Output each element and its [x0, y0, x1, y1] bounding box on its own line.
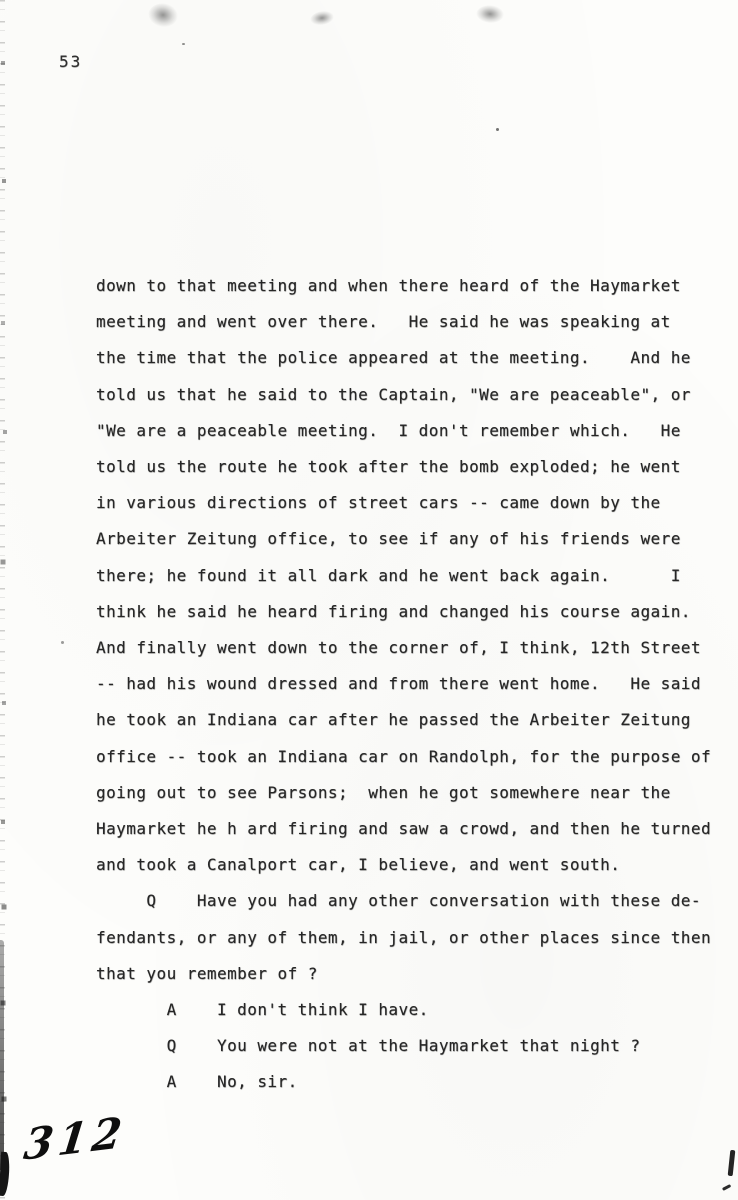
transcript-line: Q You were not at the Haymarket that nig…: [96, 1028, 716, 1064]
transcript-line: Haymarket he h ard firing and saw a crow…: [96, 811, 716, 847]
transcript-line: "We are a peaceable meeting. I don't rem…: [96, 413, 716, 449]
scan-speck: [61, 641, 64, 644]
transcript-line: office -- took an Indiana car on Randolp…: [96, 739, 716, 775]
transcript-line: Q Have you had any other conversation wi…: [96, 883, 716, 919]
transcript-line: the time that the police appeared at the…: [96, 340, 716, 376]
document-page: 53 down to that meeting and when there h…: [0, 0, 738, 1200]
scan-smudge-top-left: [146, 0, 180, 30]
transcript-line: Arbeiter Zeitung office, to see if any o…: [96, 521, 716, 557]
transcript-line: that you remember of ?: [96, 956, 716, 992]
scan-mark-bottom-right: [728, 1150, 736, 1176]
handwritten-page-number: 312: [21, 1107, 129, 1170]
page-number: 53: [59, 52, 82, 71]
transcript-line: there; he found it all dark and he went …: [96, 558, 716, 594]
scan-smudge-top-center: [309, 9, 335, 26]
scan-edge-speckles: [2, 0, 4, 2]
scan-edge-dark-blob: [0, 940, 4, 1170]
transcript-line: told us that he said to the Captain, "We…: [96, 377, 716, 413]
scan-smudge-top-right: [475, 4, 504, 24]
transcript-line: in various directions of street cars -- …: [96, 485, 716, 521]
transcript-line: meeting and went over there. He said he …: [96, 304, 716, 340]
scan-corner-ink-blob: [0, 1152, 10, 1196]
transcript-line: and took a Canalport car, I believe, and…: [96, 847, 716, 883]
transcript-line: think he said he heard firing and change…: [96, 594, 716, 630]
transcript-line: A No, sir.: [96, 1064, 716, 1100]
transcript-line: going out to see Parsons; when he got so…: [96, 775, 716, 811]
transcript-line: A I don't think I have.: [96, 992, 716, 1028]
scan-mark-bottom-right-slash: [722, 1184, 731, 1190]
transcript-line: fendants, or any of them, in jail, or ot…: [96, 920, 716, 956]
transcript-text-block: down to that meeting and when there hear…: [96, 268, 716, 1101]
scan-speck: [496, 128, 499, 131]
transcript-line: told us the route he took after the bomb…: [96, 449, 716, 485]
transcript-line: -- had his wound dressed and from there …: [96, 666, 716, 702]
transcript-line: down to that meeting and when there hear…: [96, 268, 716, 304]
transcript-line: he took an Indiana car after he passed t…: [96, 702, 716, 738]
scan-speck: [182, 43, 185, 45]
transcript-line: And finally went down to the corner of, …: [96, 630, 716, 666]
